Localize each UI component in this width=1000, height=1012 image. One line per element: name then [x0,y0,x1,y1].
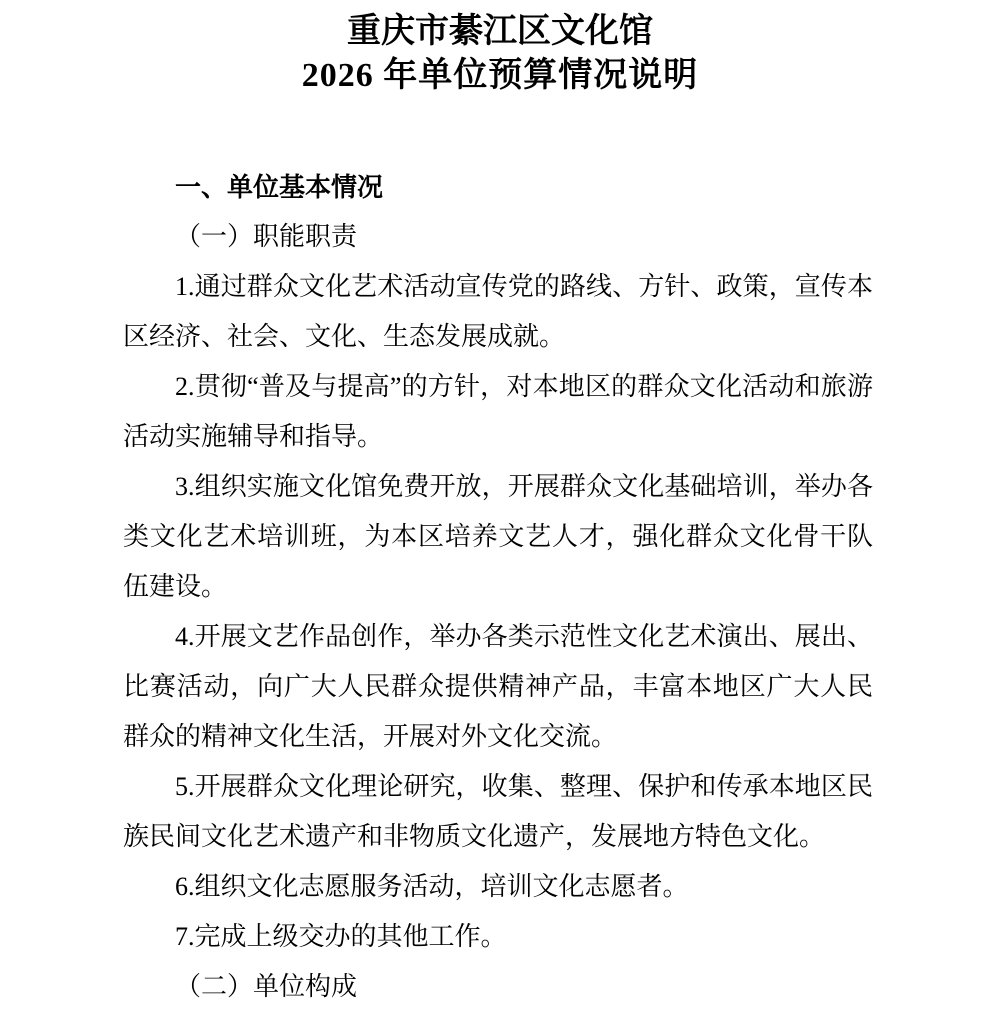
duty-paragraph-4: 4.开展文艺作品创作，举办各类示范性文化艺术演出、展出、比赛活动，向广大人民群众… [123,612,873,762]
duty-paragraph-1: 1.通过群众文化艺术活动宣传党的路线、方针、政策，宣传本区经济、社会、文化、生态… [123,262,873,362]
duty-paragraph-3: 3.组织实施文化馆免费开放，开展群众文化基础培训，举办各类文化艺术培训班，为本区… [123,462,873,612]
duty-paragraph-7: 7.完成上级交办的其他工作。 [123,912,873,962]
subsection-heading-unit-composition: （二）单位构成 [123,962,873,1012]
subsection-heading-duties: （一）职能职责 [123,212,873,262]
duty-paragraph-2: 2.贯彻“普及与提高”的方针，对本地区的群众文化活动和旅游活动实施辅导和指导。 [123,362,873,462]
document-title-line2: 2026 年单位预算情况说明 [0,54,1000,98]
duty-paragraph-6: 6.组织文化志愿服务活动，培训文化志愿者。 [123,862,873,912]
document-title-line1: 重庆市綦江区文化馆 [0,10,1000,54]
duty-paragraph-5: 5.开展群众文化理论研究，收集、整理、保护和传承本地区民族民间文化艺术遗产和非物… [123,762,873,862]
document-body: 一、单位基本情况 （一）职能职责 1.通过群众文化艺术活动宣传党的路线、方针、政… [123,162,873,1012]
document-page: 重庆市綦江区文化馆 2026 年单位预算情况说明 一、单位基本情况 （一）职能职… [0,0,1000,1012]
section-heading-unit-basic-info: 一、单位基本情况 [123,162,873,212]
document-title: 重庆市綦江区文化馆 2026 年单位预算情况说明 [0,0,1000,98]
